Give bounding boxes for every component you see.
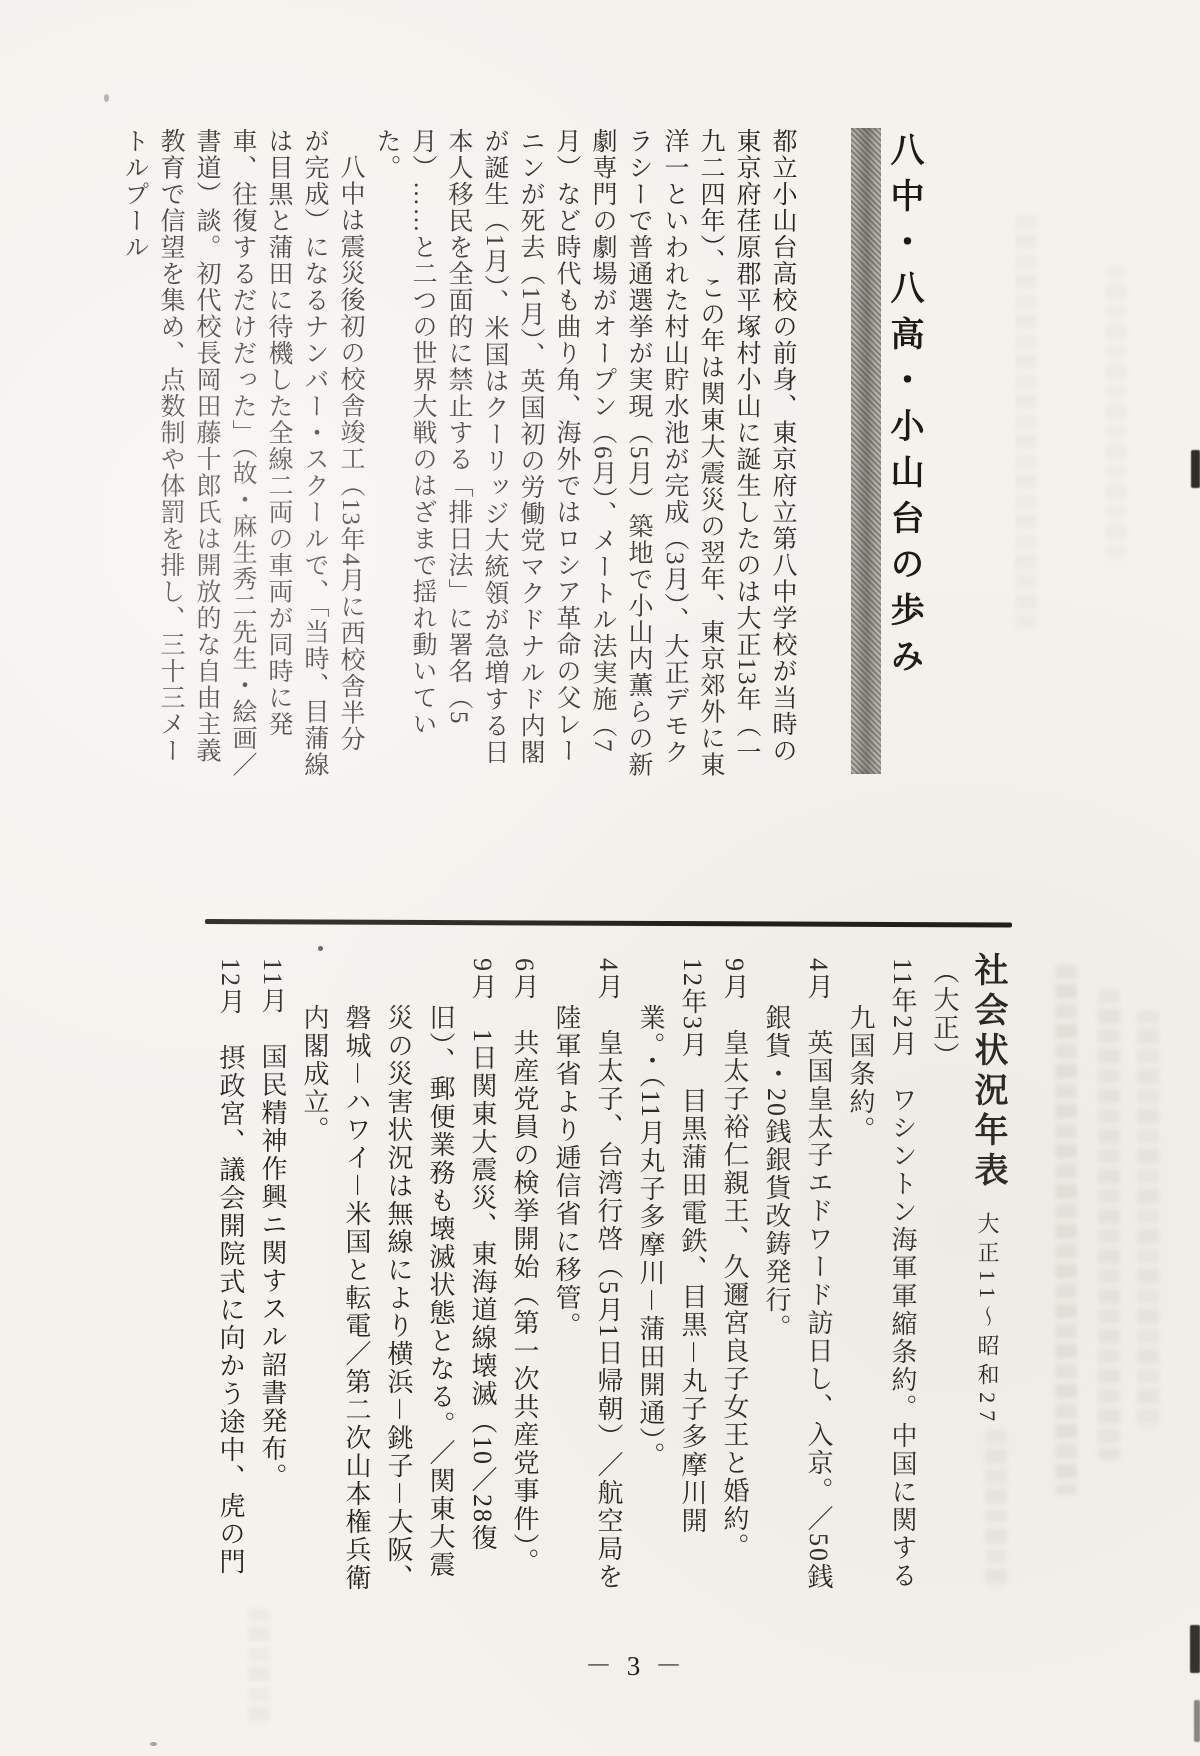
bleedthrough-noise <box>1105 265 1127 565</box>
halftone-accent-bar <box>851 128 881 774</box>
article-paragraph: 都立小山台高校の前身、東京府立第八中学校が当時の東京府荏原郡平塚村小山に誕生した… <box>368 128 800 778</box>
bleedthrough-noise <box>1137 1010 1159 1430</box>
timeline-entry: 9月 皇太子裕仁親王、久邇宮良子女王と婚約。 <box>713 958 755 1600</box>
timeline-body: （大正） 11年2月 ワシントン海軍軍縮条約。中国に関する九国条約。4月 英国皇… <box>209 958 965 1600</box>
timeline-entry: 9月 1日関東大震災、東海道線壊滅（10／28復旧）、郵便業務も壊滅状態となる。… <box>293 958 503 1600</box>
timeline-entry: 6月 共産党員の検挙開始（第一次共産党事件）。 <box>503 958 545 1600</box>
article-body: 都立小山台高校の前身、東京府立第八中学校が当時の東京府荏原郡平塚村小山に誕生した… <box>116 128 800 778</box>
timeline-subtitle: 大正11～昭和27 <box>975 1196 1000 1428</box>
timeline-entry: 12月 摂政宮、議会開院式に向かう途中、虎の門 <box>209 958 251 1600</box>
scan-edge-artifact <box>1191 450 1200 488</box>
timeline-title-block: 社会状況年表 大正11～昭和27 <box>963 952 1012 1572</box>
timeline-era-label: （大正） <box>923 958 965 1600</box>
bleedthrough-noise <box>1015 215 1037 635</box>
scan-edge-artifact <box>1190 1625 1200 1673</box>
scan-speck <box>150 1742 157 1746</box>
timeline-title: 社会状況年表 <box>969 952 1006 1192</box>
article-paragraph: 八中は震災後初の校舎竣工（13年4月に西校舎半分が完成）になるナンバー・スクール… <box>116 128 368 778</box>
scanned-document-page: 八中・八高・小山台の歩み 都立小山台高校の前身、東京府立第八中学校が当時の東京府… <box>0 0 1200 1756</box>
scan-edge-artifact <box>1194 1700 1200 1742</box>
timeline-entry: 4月 英国皇太子エドワード訪日し、入京。／50銭銀貨・20銭銀貨改鋳発行。 <box>755 958 839 1600</box>
timeline-entry: 11年2月 ワシントン海軍軍縮条約。中国に関する九国条約。 <box>839 958 923 1600</box>
timeline-entry: 11月 国民精神作興ニ関すスル詔書発布。 <box>251 958 293 1600</box>
page-number: － 3 － <box>585 1644 686 1683</box>
bleedthrough-noise <box>1098 990 1120 1460</box>
scan-speck <box>318 946 323 951</box>
timeline-entry: 12年3月 目黒蒲田電鉄、目黒－丸子多摩川開業。・（11月丸子多摩川－蒲田開通）… <box>629 958 713 1600</box>
bleedthrough-noise <box>1055 965 1077 1495</box>
timeline-entry: 4月 皇太子、台湾行啓（5月1日帰朝）／航空局を陸軍省より逓信省に移管。 <box>545 958 629 1600</box>
scan-speck <box>104 94 109 102</box>
section-divider <box>205 919 1012 928</box>
bleedthrough-noise <box>248 1608 270 1728</box>
article-title: 八中・八高・小山台の歩み <box>879 132 928 732</box>
